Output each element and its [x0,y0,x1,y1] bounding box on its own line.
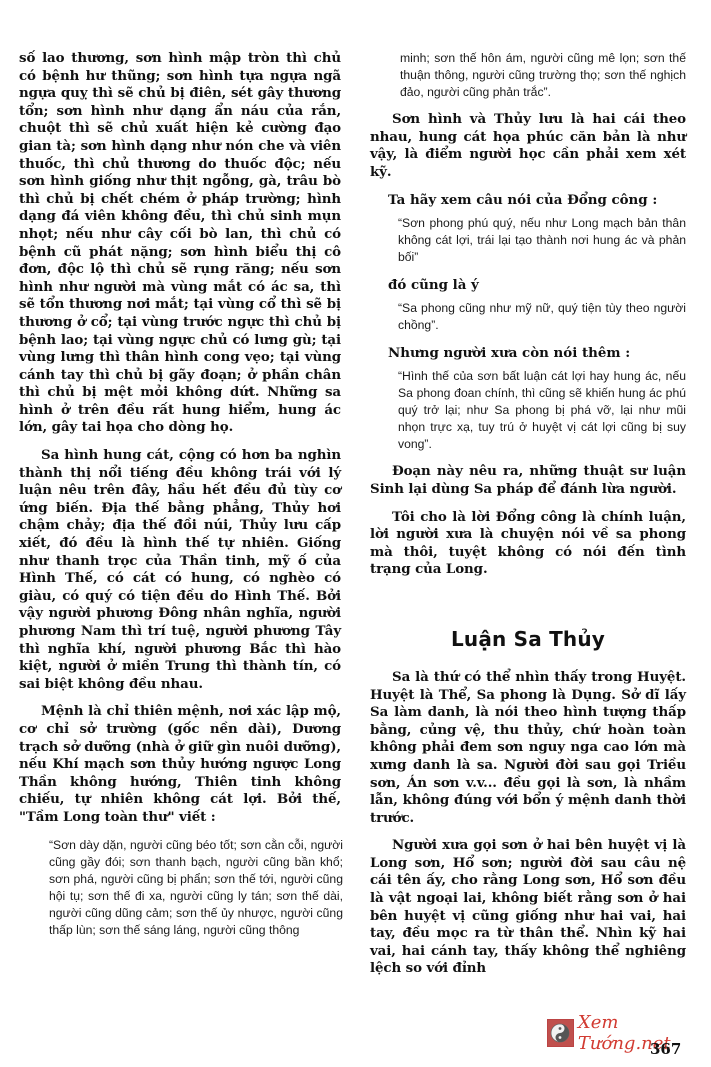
block-quote: “Hình thế của sơn bất luận cát lợi hay h… [398,368,686,453]
yin-yang-icon [547,1019,574,1047]
body-paragraph: Mệnh là chỉ thiên mệnh, nơi xác lập mộ, … [19,703,341,826]
body-paragraph: Sơn hình và Thủy lưu là hai cái theo nha… [370,111,686,181]
body-paragraph: Sa là thứ có thể nhìn thấy trong Huyệt. … [370,669,686,827]
quote-intro: Nhưng người xưa còn nói thêm : [388,344,686,362]
body-paragraph: Tôi cho là lời Đổng công là chính luận, … [370,509,686,579]
block-quote: “Sa phong cũng như mỹ nữ, quý tiện tùy t… [398,300,686,334]
body-paragraph: Người xưa gọi sơn ở hai bên huyệt vị là … [370,837,686,978]
quote-intro: đó cũng là ý [388,276,686,294]
page-number: 367 [650,1040,681,1058]
body-paragraph: Đoạn này nêu ra, những thuật sư luận Sin… [370,463,686,498]
right-column: minh; sơn thế hôn ám, người cũng mê lọn;… [370,52,686,988]
body-paragraph: Sa hình hung cát, cộng có hơn ba nghìn t… [19,447,341,693]
block-quote-continued: minh; sơn thế hôn ám, người cũng mê lọn;… [400,50,686,101]
watermark: Xem Tướng.net [547,1012,711,1054]
watermark-text: Xem Tướng.net [578,1012,711,1054]
block-quote: “Sơn dày dặn, người cũng béo tốt; sơn cằ… [49,837,343,939]
body-paragraph: số lao thương, sơn hình mập tròn thì chủ… [19,50,341,437]
section-heading: Luận Sa Thủy [370,627,686,651]
quote-intro: Ta hãy xem câu nói của Đổng công : [388,191,686,209]
block-quote: “Sơn phong phú quý, nếu như Long mạch bả… [398,215,686,266]
left-column: số lao thương, sơn hình mập tròn thì chủ… [19,50,341,949]
